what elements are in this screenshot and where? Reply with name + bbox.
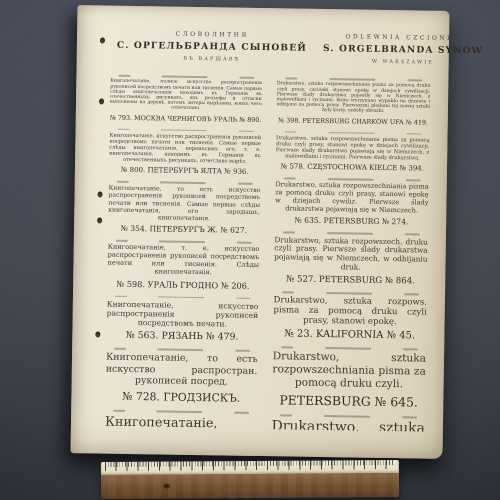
specimen-block: Книгопечатаніе, искусство распространені… [106,295,258,343]
specimen-caption-marks [117,181,253,185]
wood-knot [163,484,170,489]
specimen-paragraph: Drukarstwo, sztuka rozpowszech. druku cz… [274,236,428,274]
header-cyrillic: СЛОВОЛИТНЯ С. ОРГЕЛЬБРАНДА СЫНОВЕЙ ВЪ ВА… [117,30,308,64]
caption-mark [325,347,371,350]
specimen-paragraph: Книгопечатаніе, т. е. искусство распрост… [107,244,259,278]
caption-mark [406,179,421,181]
caption-mark [283,177,295,179]
caption-mark [118,128,130,130]
specimen-sample-line: № 354. ПЕТЕРБУРГЪ Ж. № 627. [108,224,260,235]
caption-mark [284,131,296,133]
caption-mark [403,348,418,350]
caption-mark [281,346,293,348]
specimen-block: Книгопечатаніе, т. е. искусство распрост… [107,240,259,291]
specimen-sample-line: № 635. PETERSBURG № 274. [275,216,429,227]
specimen-caption-marks [280,414,417,418]
caption-mark [235,350,250,352]
specimen-block: Книгопечатаніе, искусство распространені… [109,128,261,176]
caption-mark [162,75,208,78]
caption-mark [329,78,375,81]
specimen-sample-line: № 398. PETERSBURG CHARKÓW UFA № 419. [276,116,430,126]
caption-mark [237,182,252,184]
specimen-paragraph: Drukarstwo, sztuka rozpowszechniania pis… [276,135,430,161]
caption-mark [407,133,422,135]
specimen-block: Книгопечатаніе, т.е.искусство. 94. РАДОМ… [104,410,256,432]
specimen-columns: Книгопечатаніе, полное искусство распрос… [71,64,449,432]
caption-mark [405,234,420,236]
caption-mark [328,178,374,181]
specimen-sheet: СЛОВОЛИТНЯ С. ОРГЕЛЬБРАНДА СЫНОВЕЙ ВЪ ВА… [71,5,450,459]
caption-mark [328,132,374,135]
caption-mark [156,411,202,414]
specimen-paragraph: Drukarstwo, sztuka rozpowszechniania pis… [276,82,430,116]
caption-mark [118,75,130,77]
specimen-sample-line: № 598. УРАЛЬ ГРОДНО № 206. [107,278,259,290]
specimen-sample-line: № 728. ГРОДЗИСКЪ. [105,390,257,405]
specimen-paragraph: Книгопечатаніе, то есть искусство распро… [106,352,258,389]
ruler-wood-body [101,473,399,499]
specimen-block: Drukarstwo, sztuka rozpowszechniania pis… [276,77,430,126]
specimen-sample-line: № 23. KALIFORNIA № 45. [273,328,427,341]
specimen-block: Drukarstwo, sztuka rozpows. pisma za pom… [273,291,427,342]
specimen-paragraph: Drukarstwo, sztuka rozpowszechniania pis… [275,181,429,215]
caption-mark [326,292,372,295]
caption-mark [117,181,129,183]
caption-mark [402,416,417,418]
specimen-paragraph: Книгопечатаніе, полное искусство распрос… [110,79,262,113]
specimen-caption-marks [115,295,251,299]
specimen-block: Drukarstwo, sztuka rozpowszechniania pis… [272,346,426,409]
caption-mark [236,297,251,299]
foundry-name-ru: С. ОРГЕЛЬБРАНДА СЫНОВЕЙ [117,41,307,54]
caption-mark [282,291,294,293]
specimen-paragraph: Книгопечатаніе, то есть искусство распро… [108,185,260,223]
caption-mark [285,77,297,79]
caption-mark [161,129,207,132]
caption-mark [158,296,204,299]
specimen-paragraph: Drukarstwo, sztu­ka rozpowsz. [271,419,425,432]
header-polish: ODLEWNIA CZCIONEK S. ORGELBRANDA SYNÓW W… [323,33,483,67]
specimen-paragraph: Drukarstwo, sztuka rozpowszechniania pis… [272,351,426,391]
foundry-name-pl: S. ORGELBRANDA SYNÓW [323,44,483,57]
caption-mark [239,77,254,79]
specimen-block: Drukarstwo, sztuka rozpowszechniania pis… [276,131,430,173]
specimen-block: Drukarstwo, sztu­ka rozpowsz. KALISZ REN… [271,414,425,432]
punch-hole [100,37,105,43]
caption-mark [114,348,126,350]
caption-mark [157,348,203,351]
caption-mark [404,293,419,295]
caption-mark [238,130,253,132]
wooden-ruler [101,460,399,499]
caption-mark [113,410,125,412]
column-cyrillic: Книгопечатаніе, полное искусство распрос… [105,75,262,429]
specimen-caption-marks [284,131,421,135]
specimen-caption-marks [281,346,418,350]
punch-hole [97,217,102,223]
caption-mark [407,79,422,81]
specimen-paragraph: Drukarstwo, sztuka rozpows. pisma za pom… [273,295,427,327]
caption-mark [324,415,370,418]
caption-mark [283,232,295,234]
punch-hole [99,98,104,104]
specimen-block: Книгопечатаніе, то есть искусство распро… [105,348,257,406]
punch-hole [98,191,103,197]
specimen-caption-marks [118,128,254,132]
caption-mark [280,414,292,416]
specimen-block: Drukarstwo, sztuka rozpowszech. druku cz… [274,232,428,287]
specimen-sample-line: № 793. МОСКВА ЧЕРНИГОВЪ УРАЛЬ № 890. [110,113,262,123]
specimen-sample-line: № 527. PETERSBURG № 864. [274,274,428,286]
specimen-block: Drukarstwo, sztuka rozpowszechniania pis… [275,177,429,227]
foundry-city-pl: W WARSZAWIE [323,58,483,67]
specimen-sample-line: № 800. ПЕТЕРБУРГЪ ЯЛТА № 936. [109,165,261,175]
specimen-paragraph: Книгопечатаніе, искусство распространені… [106,300,258,329]
foundry-type-label-pl: ODLEWNIA CZCIONEK [323,33,483,43]
caption-mark [327,232,373,235]
column-polish: Drukarstwo, sztuka rozpowszechniania pis… [271,77,430,431]
foundry-city-ru: ВЪ ВАРШАВѢ [117,55,307,64]
specimen-sample-line: № 578. CZĘSTOCHOWA KIELCE № 394. [276,162,430,172]
specimen-block: Книгопечатаніе, полное искусство распрос… [110,75,262,124]
caption-mark [159,241,205,244]
specimen-caption-marks [282,291,419,295]
specimen-caption-marks [113,410,249,414]
foundry-type-label-ru: СЛОВОЛИТНЯ [117,30,307,40]
specimen-paragraph: Книгопечатаніе, искусство распространені… [109,132,261,164]
specimen-block: Книгопечатаніе, то есть искусство распро… [108,180,260,235]
specimen-sample-line: PETERSBURG № 645. [272,392,426,409]
caption-mark [116,240,128,242]
caption-mark [236,242,251,244]
foundry-headers: СЛОВОЛИТНЯ С. ОРГЕЛЬБРАНДА СЫНОВЕЙ ВЪ ВА… [77,5,450,70]
caption-mark [234,412,249,414]
specimen-paragraph: Книгопечатаніе, т.е.искусство. [105,414,257,432]
specimen-caption-marks [114,348,250,352]
punch-hole [95,331,100,337]
caption-mark [160,181,206,184]
specimen-sample-line: № 563. РЯЗАНЬ № 479. [106,330,258,343]
caption-mark [115,295,127,297]
